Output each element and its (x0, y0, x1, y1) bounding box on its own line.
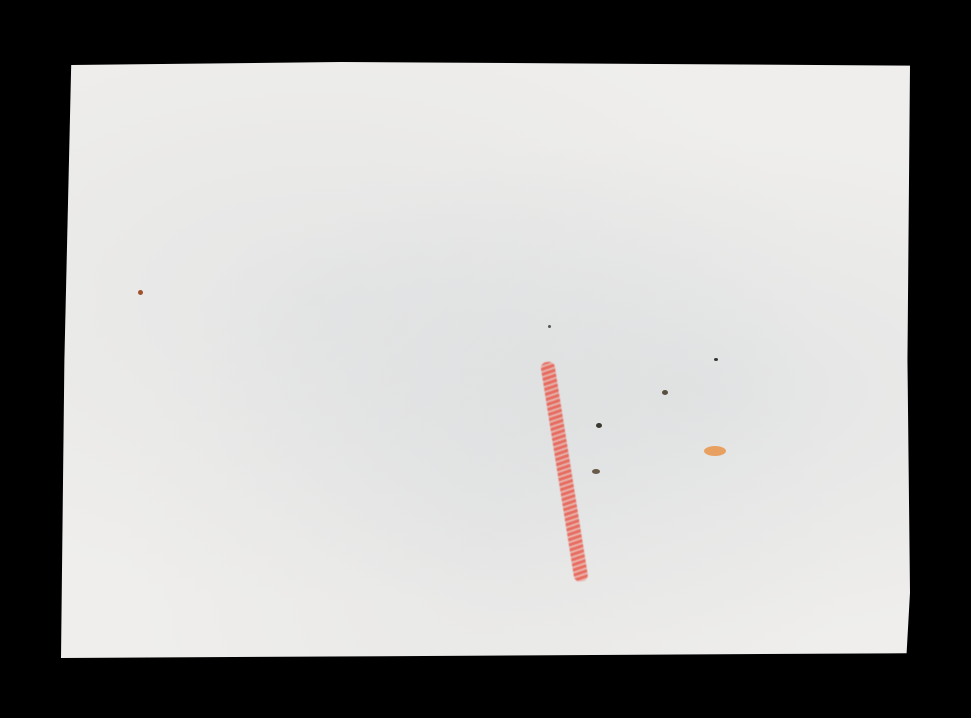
stamp-back-paper (61, 62, 910, 658)
dark-speck (592, 469, 600, 474)
brown-speck (138, 290, 143, 295)
dark-speck (596, 423, 602, 428)
dark-speck (714, 358, 718, 361)
orange-speck (704, 446, 726, 456)
dark-speck (662, 390, 668, 395)
dark-speck (548, 325, 551, 328)
